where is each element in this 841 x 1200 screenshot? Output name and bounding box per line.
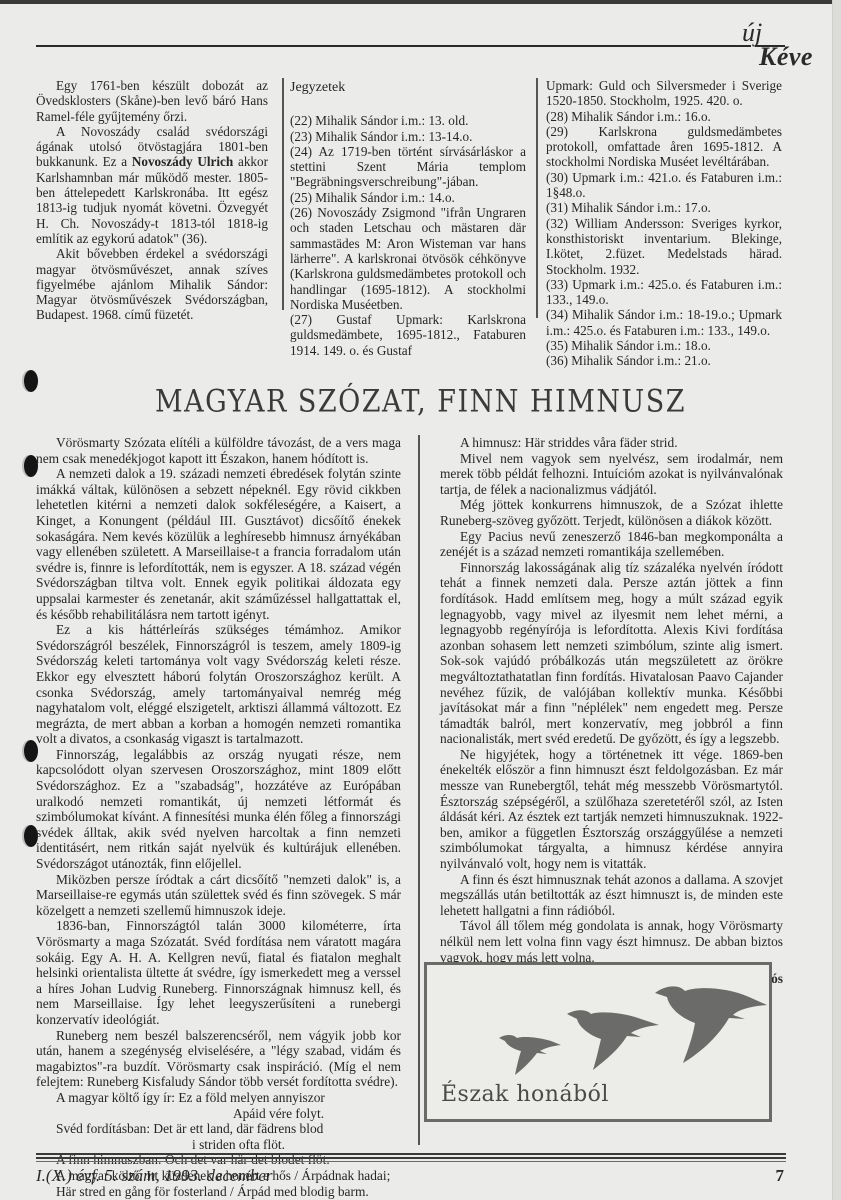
paragraph: Egy 1761-ben készült dobozát az Övedsklo… bbox=[36, 78, 268, 124]
note-item: (35) Mihalik Sándor i.m.: 18.o. bbox=[546, 338, 782, 353]
paragraph: Finnország lakosságának alig tíz százalé… bbox=[440, 560, 783, 747]
scan-edge-top bbox=[0, 0, 841, 4]
paragraph: Ez a kis háttérleírás szükséges témámhoz… bbox=[36, 622, 401, 747]
paragraph: A nemzeti dalok a 19. századi nemzeti éb… bbox=[36, 466, 401, 622]
note-item: (33) Upmark i.m.: 425.o. és Fataburen i.… bbox=[546, 277, 782, 308]
column-divider bbox=[418, 435, 420, 1145]
notes-column-2: Upmark: Guld och Silversmeder i Sverige … bbox=[546, 78, 782, 369]
note-item: (25) Mihalik Sándor i.m.: 14.o. bbox=[290, 190, 526, 205]
paragraph: Akit bővebben érdekel a svédországi magy… bbox=[36, 246, 268, 322]
issue-info: I.(X.) évf. 5. szám, 1993. december bbox=[36, 1166, 273, 1186]
article-column-2: A himnusz: Här striddes våra fäder strid… bbox=[440, 435, 783, 987]
note-item: (36) Mihalik Sándor i.m.: 21.o. bbox=[546, 353, 782, 368]
page-number: 7 bbox=[776, 1166, 785, 1186]
verse-line: Svéd fordításban: Det är ett land, där f… bbox=[36, 1121, 401, 1137]
column-divider bbox=[282, 78, 284, 310]
article-column-1: Vörösmarty Szózata elítéli a külföldre t… bbox=[36, 435, 401, 1199]
note-item: (27) Gustaf Upmark: Karlskrona guldsmedä… bbox=[290, 312, 526, 358]
note-item: (31) Mihalik Sándor i.m.: 17.o. bbox=[546, 200, 782, 215]
footer-rule bbox=[36, 1153, 786, 1155]
column-divider bbox=[536, 78, 538, 318]
verse-line: A magyar költő így ír: Ez a föld melyen … bbox=[36, 1090, 401, 1106]
note-item: (22) Mihalik Sándor i.m.: 13. old. bbox=[290, 113, 526, 128]
scan-edge-right bbox=[832, 0, 841, 1200]
paragraph: A Novoszády család svédországi ágának ut… bbox=[36, 124, 268, 246]
paragraph: Egy Pacius nevű zeneszerző 1846-ban megk… bbox=[440, 529, 783, 560]
paragraph: Miközben persze íródtak a cárt dicsőítő … bbox=[36, 872, 401, 919]
note-item: Upmark: Guld och Silversmeder i Sverige … bbox=[546, 78, 782, 109]
paragraph: Vörösmarty Szózata elítéli a külföldre t… bbox=[36, 435, 401, 466]
logo-keve: Kéve bbox=[759, 42, 813, 72]
note-item: (23) Mihalik Sándor i.m.: 13-14.o. bbox=[290, 129, 526, 144]
note-item: (28) Mihalik Sándor i.m.: 16.o. bbox=[546, 109, 782, 124]
paragraph: Mivel nem vagyok sem nyelvész, sem iroda… bbox=[440, 451, 783, 498]
article-title: MAGYAR SZÓZAT, FINN HIMNUSZ bbox=[0, 384, 841, 420]
paragraph: 1836-ban, Finnországtól talán 3000 kilom… bbox=[36, 918, 401, 1027]
highlighted-name: Novoszády Ulrich bbox=[132, 154, 233, 169]
note-item: (30) Upmark i.m.: 421.o. és Fataburen i.… bbox=[546, 170, 782, 201]
previous-article-column: Egy 1761-ben készült dobozát az Övedsklo… bbox=[36, 78, 268, 323]
paragraph: Távol áll tőlem még gondolata is annak, … bbox=[440, 918, 783, 965]
notes-column-1: Jegyzetek (22) Mihalik Sándor i.m.: 13. … bbox=[290, 80, 526, 358]
paragraph: Még jöttek konkurrens himnuszok, de a Sz… bbox=[440, 497, 783, 528]
verse-line: i striden ofta flöt. bbox=[36, 1137, 401, 1153]
paragraph: Runeberg nem beszél balszerencséről, nem… bbox=[36, 1028, 401, 1090]
verse-line: Apáid vére folyt. bbox=[36, 1106, 401, 1122]
footer-rule bbox=[36, 1161, 786, 1162]
header-rule bbox=[36, 45, 751, 47]
geese-illustration: Észak honából bbox=[424, 962, 772, 1122]
note-item: (29) Karlskrona guldsmedämbetes protokol… bbox=[546, 124, 782, 170]
note-item: (24) Az 1719-ben történt sírvásárláskor … bbox=[290, 144, 526, 190]
paragraph: Finnország, legalábbis az ország nyugati… bbox=[36, 747, 401, 872]
paragraph: A finn és észt himnusznak tehát azonos a… bbox=[440, 872, 783, 919]
note-item: (34) Mihalik Sándor i.m.: 18-19.o.; Upma… bbox=[546, 307, 782, 338]
illustration-caption: Észak honából bbox=[441, 1082, 609, 1107]
note-item: (32) William Andersson: Sveriges kyrkor,… bbox=[546, 216, 782, 277]
paragraph: Ne higyjétek, hogy a történetnek itt vég… bbox=[440, 747, 783, 872]
paragraph: A himnusz: Här striddes våra fäder strid… bbox=[440, 435, 783, 451]
notes-title: Jegyzetek bbox=[290, 80, 526, 95]
note-item: (26) Novoszády Zsigmond "ifrån Ungraren … bbox=[290, 205, 526, 312]
footer-rule bbox=[36, 1157, 786, 1159]
